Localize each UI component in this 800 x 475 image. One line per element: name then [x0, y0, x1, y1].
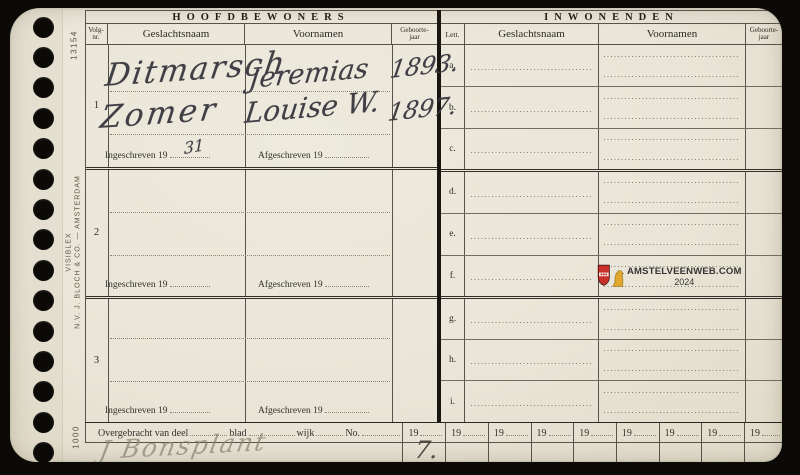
afgeschreven-label: Afgeschreven 19 — [258, 278, 371, 290]
col-header-voornamen: Voornamen — [245, 24, 392, 44]
printer-name: VISIBLEX — [66, 175, 75, 329]
punch-hole — [33, 412, 54, 433]
card-paper: 13154 VISIBLEX N.V. J. BLOCH & CO. — AMS… — [10, 8, 782, 462]
lodger-row: b. — [441, 87, 782, 129]
printer-imprint: VISIBLEX N.V. J. BLOCH & CO. — AMSTERDAM — [66, 175, 83, 329]
ingeschreven-label: Ingeschreven 19 — [105, 404, 212, 416]
col-header-lett: Lett. — [441, 24, 465, 44]
handwritten-number: 7. — [413, 436, 440, 462]
col-header-geboortejaar: Geboorte-jaar — [746, 24, 782, 44]
watermark-site: AMSTELVEENWEB.COM — [627, 266, 742, 277]
punch-hole — [33, 321, 54, 342]
punch-hole — [33, 17, 54, 38]
punch-hole — [33, 199, 54, 220]
resident-block-3: 3 Ingeschreven 19 Afgeschreven 19 — [85, 299, 437, 424]
afgeschreven-label: Afgeschreven 19 — [258, 149, 371, 161]
punch-hole — [33, 229, 54, 250]
punch-hole — [33, 169, 54, 190]
inwonenden-column-headers: Lett. Geslachtsnaam Voornamen Geboorte-j… — [441, 24, 782, 45]
punch-hole — [33, 351, 54, 372]
col-header-voornamen: Voornamen — [599, 24, 746, 44]
lodger-row: a. — [441, 45, 782, 87]
punch-hole — [33, 290, 54, 311]
serial-number-top: 13154 — [70, 30, 79, 60]
watermark: AMSTELVEENWEB.COM 2024 — [597, 264, 742, 288]
punch-hole — [33, 77, 54, 98]
inwonenden-section: INWONENDEN Lett. Geslachtsnaam Voornamen… — [441, 10, 782, 423]
resident-block-2: 2 Ingeschreven 19 Afgeschreven 19 — [85, 170, 437, 299]
punch-hole — [33, 381, 54, 402]
coat-of-arms-icon — [597, 264, 624, 288]
printer-address: N.V. J. BLOCH & CO. — AMSTERDAM — [74, 175, 83, 329]
afgeschreven-label: Afgeschreven 19 — [258, 404, 371, 416]
punch-hole — [33, 138, 54, 159]
lodger-row: h. — [441, 340, 782, 382]
punch-hole — [33, 260, 54, 281]
col-header-geboortejaar: Geboorte-jaar — [392, 24, 437, 44]
serial-number-bottom: 1000 — [72, 425, 81, 449]
col-header-geslachtsnaam: Geslachtsnaam — [465, 24, 599, 44]
table-left-border — [85, 10, 86, 442]
inwonenden-rows: a. b. c. d. e. f. g. h. i. — [441, 45, 782, 423]
lodger-row: i. — [441, 381, 782, 423]
punch-hole — [33, 47, 54, 68]
hoofdbewoners-title: HOOFDBEWONERS — [85, 11, 437, 24]
lodger-row: g. — [441, 299, 782, 340]
watermark-year: 2024 — [627, 277, 742, 287]
watermark-text: AMSTELVEENWEB.COM 2024 — [627, 266, 742, 287]
ingeschreven-label: Ingeschreven 19 — [105, 278, 212, 290]
punch-hole — [33, 442, 54, 462]
col-header-volgnr: Volg-nr. — [85, 24, 108, 44]
hoofdbewoners-column-headers: Volg-nr. Geslachtsnaam Voornamen Geboort… — [85, 24, 437, 45]
lodger-row: d. — [441, 172, 782, 214]
inwonenden-title: INWONENDEN — [441, 11, 782, 24]
lodger-row: e. — [441, 214, 782, 256]
scanned-registration-card: 13154 VISIBLEX N.V. J. BLOCH & CO. — AMS… — [0, 0, 800, 475]
col-header-geslachtsnaam: Geslachtsnaam — [108, 24, 245, 44]
lodger-row: c. — [441, 129, 782, 172]
handwritten-ingeschreven-year: 31 — [184, 135, 204, 158]
punch-hole — [33, 108, 54, 129]
